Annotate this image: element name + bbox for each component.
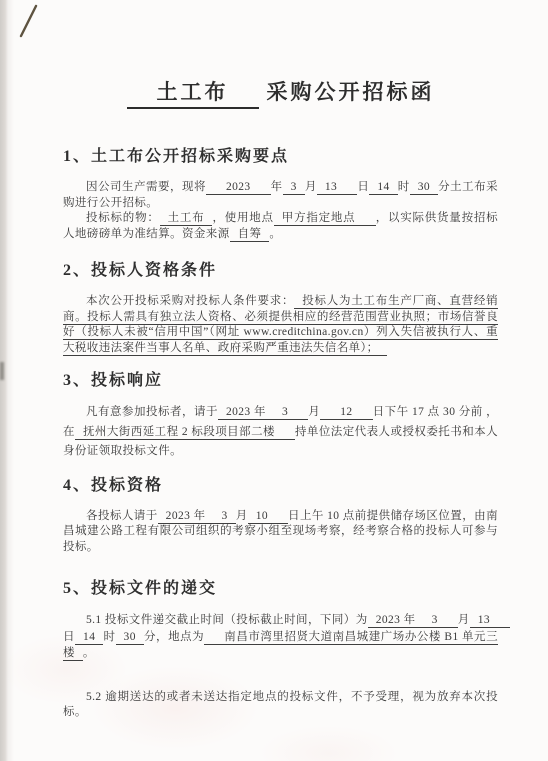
section-1: 1、土工布公开招标采购要点 因公司生产需要，现将 2023 年3月13 日14时… xyxy=(63,147,498,242)
paragraph: 各投标人请于2023 年3月10 日上午 10 点前提供储存场区位置，由南昌城建… xyxy=(63,509,498,556)
filled-blank: 2023 年 xyxy=(218,406,274,420)
filled-blank: 3 xyxy=(274,406,308,420)
filled-blank: 2023 xyxy=(206,181,271,195)
text-run: 本次公开投标采购对投标人条件要求： xyxy=(86,295,294,307)
paragraph: 凡有意参加投标者，请于2023 年3 月 12 日下午 17 点 30 分前 ，… xyxy=(63,403,498,462)
section-5-heading: 5、投标文件的递交 xyxy=(63,579,498,599)
text-run: 年 xyxy=(271,181,283,193)
text-run: 时 xyxy=(103,631,115,643)
text-run: 月 xyxy=(236,510,248,522)
text-run: ，使用地点 xyxy=(212,212,273,224)
filled-blank: 自筹 xyxy=(230,228,270,242)
filled-blank: 13 xyxy=(317,181,357,195)
filled-blank: 甲方指定地点 xyxy=(274,212,376,226)
filled-blank: 30 xyxy=(116,631,144,645)
section-4-heading: 4、投标资格 xyxy=(63,476,498,496)
text-run: 月 xyxy=(308,406,320,418)
section-2: 2、投标人资格条件 本次公开投标采购对投标人条件要求：投标人为土工布生产厂商、直… xyxy=(63,261,498,356)
scan-edge-smudge xyxy=(0,362,4,380)
filled-blank: 2023 年 xyxy=(158,510,214,524)
text-run: 日 xyxy=(63,631,75,643)
text-run: 。 xyxy=(269,228,281,240)
text-run: 投标标的物： xyxy=(86,212,160,224)
filled-blank: 14 xyxy=(75,631,103,645)
filled-blank: 12 xyxy=(320,406,372,420)
section-1-heading: 1、土工布公开招标采购要点 xyxy=(63,147,498,167)
filled-blank: 14 xyxy=(369,181,397,195)
filled-blank: 30 xyxy=(410,181,438,195)
text-run: 月 xyxy=(305,181,317,193)
section-3-heading: 3、投标响应 xyxy=(63,371,498,391)
title-text: 采购公开招标函 xyxy=(267,80,435,104)
title-blank-subject: 土工布 xyxy=(127,76,259,109)
filled-blank: 10 xyxy=(248,510,288,524)
filled-blank: 土工布 xyxy=(160,212,213,226)
filled-blank: 抚州大街西延工程 2 标段项目部二楼 xyxy=(75,426,295,440)
section-4: 4、投标资格 各投标人请于2023 年3月10 日上午 10 点前提供储存场区位… xyxy=(63,476,498,556)
filled-blank: 3 xyxy=(214,510,236,524)
text-run: 月 xyxy=(458,614,470,626)
section-2-heading: 2、投标人资格条件 xyxy=(63,261,498,281)
section-5: 5、投标文件的递交 5.1 投标文件递交截止时间（投标截止时间，下同）为2023… xyxy=(63,579,498,721)
text-run: 因公司生产需要，现将 xyxy=(86,181,206,193)
filled-blank: 3 xyxy=(424,614,458,628)
text-run: 日 xyxy=(357,181,369,193)
filled-blank: 3 xyxy=(283,181,305,195)
scanned-document-page: 土工布采购公开招标函 1、土工布公开招标采购要点 因公司生产需要，现将 2023… xyxy=(0,0,548,761)
filled-blank: 13 xyxy=(470,614,510,628)
section-3: 3、投标响应 凡有意参加投标者，请于2023 年3 月 12 日下午 17 点 … xyxy=(63,371,498,462)
text-run: 5.1 投标文件递交截止时间（投标截止时间，下同）为 xyxy=(86,614,368,626)
paragraph: 投标标的物：土工布，使用地点甲方指定地点 ，以实际供货量按招标人地磅磅单为准结算… xyxy=(63,211,498,242)
text-run: 5.2 逾期送达的或者未送达指定地点的投标文件，不予受理，视为放弃本次投标。 xyxy=(63,691,498,719)
filled-blank: 2023 年 xyxy=(368,614,424,628)
paragraph: 因公司生产需要，现将 2023 年3月13 日14时30分土工布采购进行公开招标… xyxy=(63,180,498,211)
text-run: 各投标人请于 xyxy=(86,510,158,522)
paragraph-5-1: 5.1 投标文件递交截止时间（投标截止时间，下同）为2023 年3 月13 日1… xyxy=(63,612,498,662)
handwritten-slash-mark xyxy=(6,2,46,42)
text-run: 凡有意参加投标者，请于 xyxy=(86,406,218,418)
document-title: 土工布采购公开招标函 xyxy=(63,76,498,109)
text-run: 时 xyxy=(398,181,410,193)
paragraph: 本次公开投标采购对投标人条件要求：投标人为土工布生产厂商、直营经销商。投标人需具… xyxy=(63,294,498,356)
text-run: 。 xyxy=(83,647,95,659)
text-run: 分，地点为 xyxy=(144,631,204,643)
paragraph-5-2: 5.2 逾期送达的或者未送达指定地点的投标文件，不予受理，视为放弃本次投标。 xyxy=(63,690,498,721)
